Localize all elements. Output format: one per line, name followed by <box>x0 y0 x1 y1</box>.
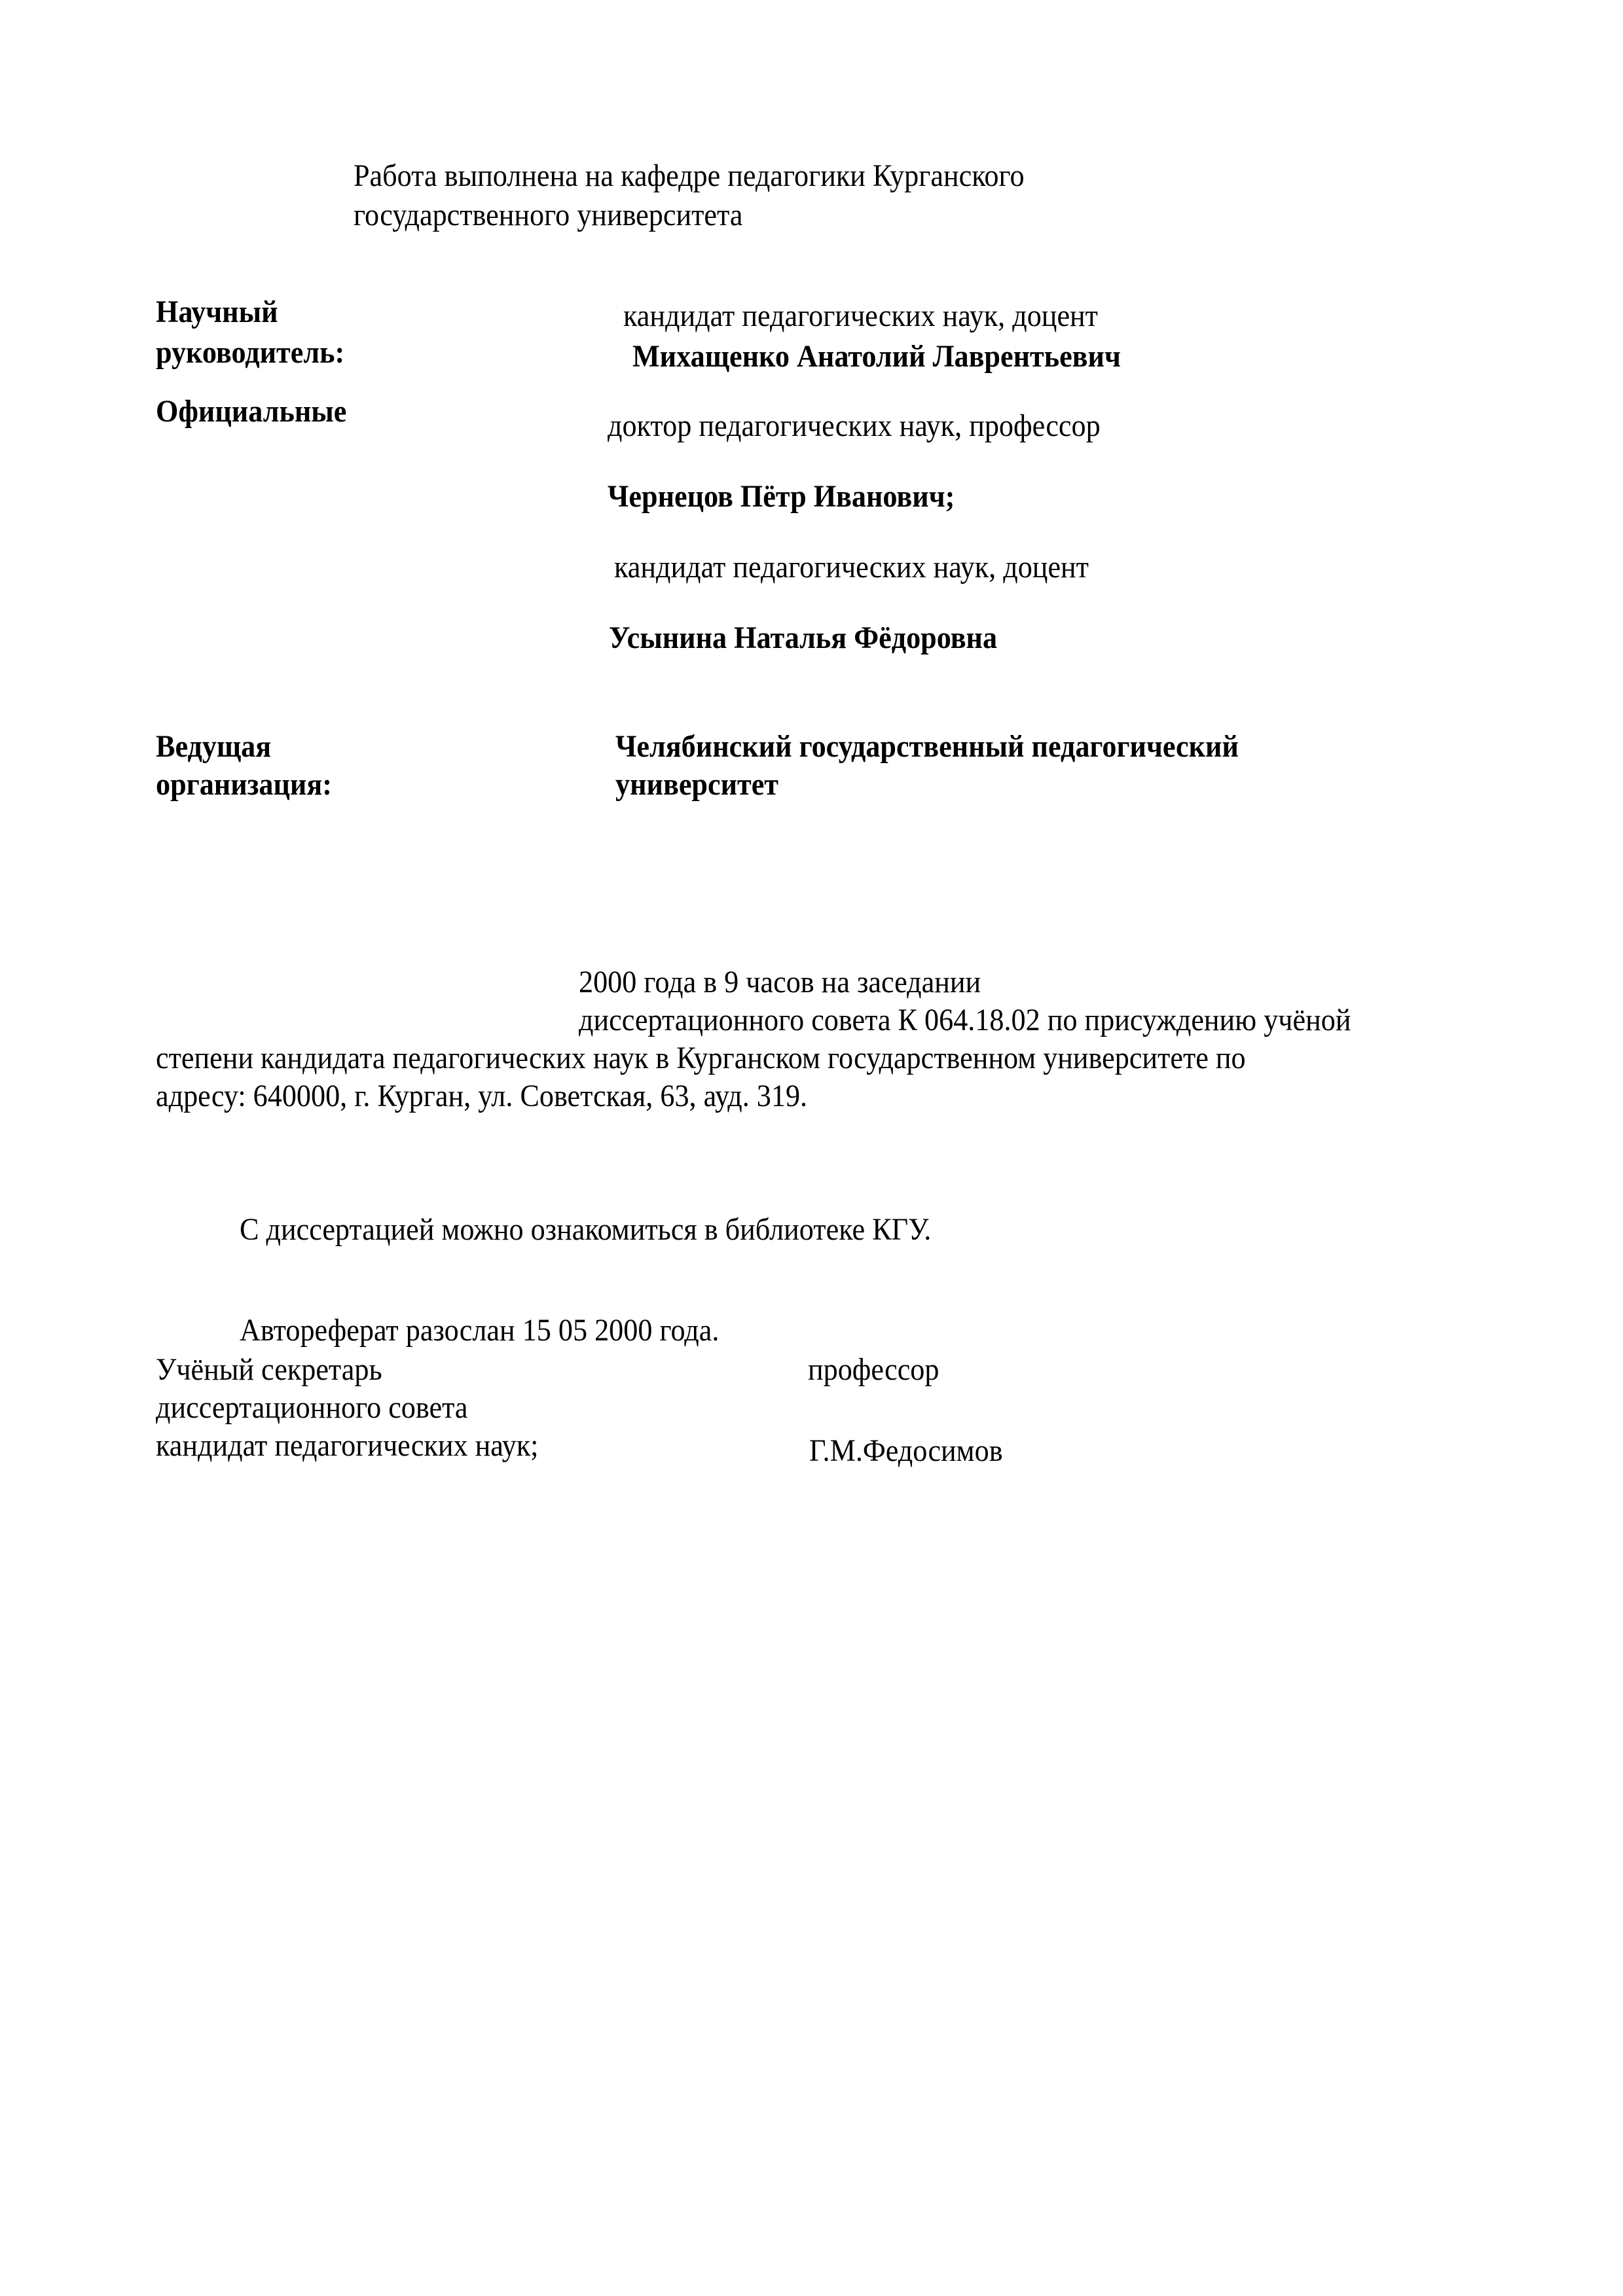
defense-line-3: степени кандидата педагогических наук в … <box>156 1039 1246 1077</box>
defense-line-4: адресу: 640000, г. Курган, ул. Советская… <box>156 1077 807 1115</box>
header-line-2: государственного университета <box>354 196 742 234</box>
leading-org-label-line-1: Ведущая <box>156 728 271 766</box>
opponent-2-name: Усынина Наталья Фёдоровна <box>609 619 997 657</box>
secretary-name: Г.М.Федосимов <box>809 1432 1003 1470</box>
supervisor-label-line-2: руководитель: <box>156 334 344 372</box>
opponent-1-degree: доктор педагогических наук, профессор <box>608 407 1101 445</box>
supervisor-label-line-1: Научный <box>156 293 278 331</box>
supervisor-name: Михащенко Анатолий Лаврентьевич <box>632 338 1121 376</box>
opponent-1-name: Чернецов Пётр Иванович; <box>608 478 955 516</box>
opponents-label: Официальные <box>156 393 346 431</box>
secretary-line-1: Учёный секретарь <box>156 1351 382 1389</box>
secretary-line-3: кандидат педагогических наук; <box>156 1427 538 1465</box>
leading-org-label-line-2: организация: <box>156 766 332 804</box>
leading-org-name-line-2: университет <box>615 766 778 804</box>
defense-line-2: диссертационного совета К 064.18.02 по п… <box>579 1001 1351 1039</box>
opponent-2-degree: кандидат педагогических наук, доцент <box>614 548 1089 586</box>
header-line-1: Работа выполнена на кафедре педагогики К… <box>354 157 1025 195</box>
library-note: С диссертацией можно ознакомиться в библ… <box>240 1211 931 1249</box>
defense-line-1: 2000 года в 9 часов на заседании <box>579 963 981 1001</box>
supervisor-degree: кандидат педагогических наук, доцент <box>623 297 1098 335</box>
leading-org-name-line-1: Челябинский государственный педагогическ… <box>615 728 1239 766</box>
mailing-date: Автореферат разослан 15 05 2000 года. <box>240 1312 719 1350</box>
secretary-title: профессор <box>808 1351 939 1389</box>
secretary-line-2: диссертационного совета <box>156 1389 468 1427</box>
